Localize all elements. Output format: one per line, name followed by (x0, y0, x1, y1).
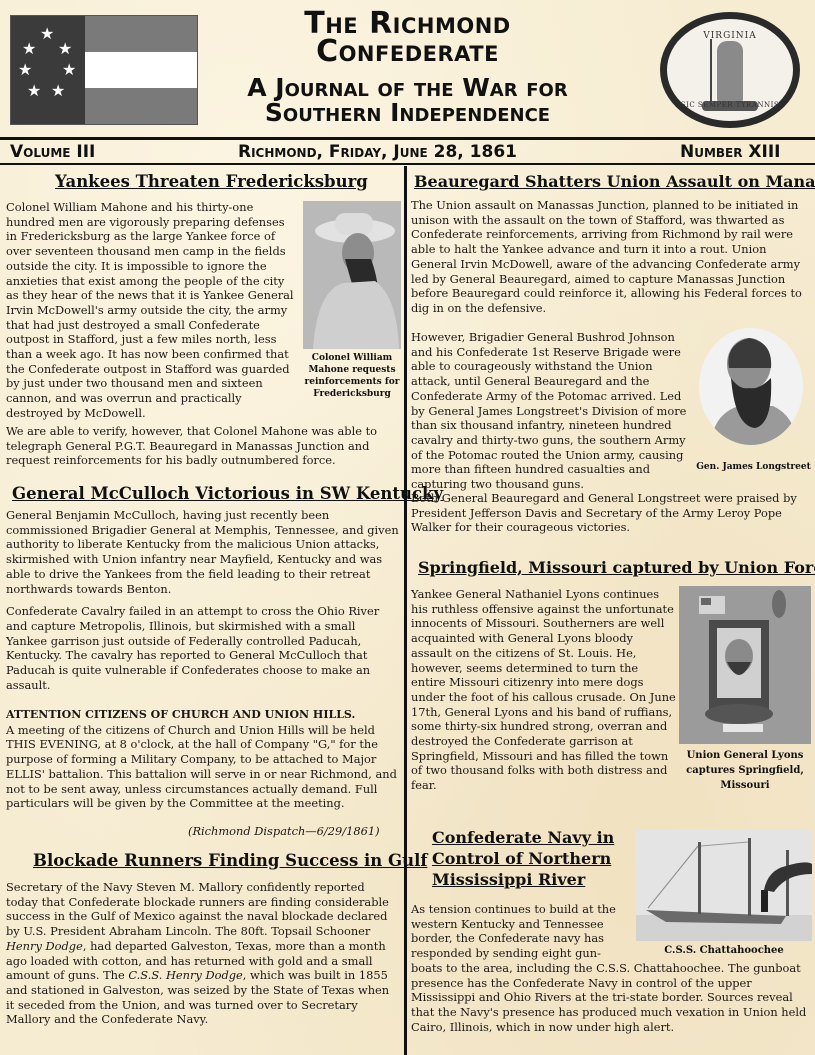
article-fredericksburg-body-wrapped: Colonel William Mahone and his thirty-on… (6, 200, 298, 421)
star-icon: ★ (58, 41, 72, 57)
caption-lyons: Union General Lyons captures Springfield… (679, 748, 811, 793)
top-rule (0, 137, 815, 140)
notice-body: A meeting of the citizens of Church and … (6, 723, 400, 811)
column-divider (404, 166, 407, 1055)
article-mcculloch-body: General Benjamin McCulloch, having just … (6, 508, 400, 692)
star-icon: ★ (40, 26, 54, 42)
star-icon: ★ (18, 62, 32, 78)
notice-church-union-hills: ATTENTION CITIZENS OF CHURCH AND UNION H… (6, 708, 400, 811)
star-icon: ★ (22, 41, 36, 57)
star-icon: ★ (27, 83, 41, 99)
virtus-figure (717, 41, 743, 103)
ship-name: Henry Dodge (6, 939, 83, 953)
article-springfield-body: Yankee General Nathaniel Lyons continues… (411, 587, 676, 793)
caption-mahone: Colonel William Mahone requests reinforc… (300, 352, 404, 400)
portrait-icon (303, 201, 401, 349)
notice-heading: ATTENTION CITIZENS OF CHURCH AND UNION H… (6, 708, 400, 723)
flag-white-bar (85, 52, 197, 88)
headline-mcculloch: General McCulloch Victorious in SW Kentu… (12, 484, 443, 503)
headline-springfield: Springfield, Missouri captured by Union … (418, 558, 815, 577)
confederate-flag-icon: ★ ★ ★ ★ ★ ★ ★ (10, 15, 198, 125)
article-manassas-body-wrapped: However, Brigadier General Bushrod Johns… (411, 330, 689, 492)
star-icon: ★ (62, 62, 76, 78)
ship-icon (636, 830, 812, 941)
seal-text-top: VIRGINIA (667, 31, 793, 41)
volume-label: Volume III (10, 142, 95, 164)
subtitle-line-1: A Journal of the War for (205, 75, 610, 100)
chattahoochee-ship-image (636, 830, 812, 941)
caption-chattahoochee: C.S.S. Chattahoochee (636, 945, 812, 957)
article-manassas-body-top: The Union assault on Manassas Junction, … (411, 198, 811, 316)
paragraph: General Benjamin McCulloch, having just … (6, 508, 400, 596)
seal-motto: SIC SEMPER TYRANNIS (667, 101, 793, 109)
newspaper-title: The Richmond Confederate (205, 10, 610, 66)
longstreet-portrait-image (699, 328, 803, 445)
ship-full-name: C.S.S. Henry Dodge (128, 968, 242, 982)
mahone-portrait-image (303, 201, 401, 349)
headline-fredericksburg: Yankees Threaten Fredericksburg (55, 172, 368, 191)
subtitle-line-2: Southern Independence (205, 100, 610, 125)
star-icon: ★ (51, 83, 65, 99)
illustration-icon (679, 586, 811, 744)
article-blockade-body: Secretary of the Navy Steven M. Mallory … (6, 880, 400, 1027)
headline-blockade: Blockade Runners Finding Success in Gulf (33, 851, 427, 870)
title-line-2: Confederate (205, 38, 610, 66)
lyons-illustration-image (679, 586, 811, 744)
issue-date: Richmond, Friday, June 28, 1861 (238, 142, 517, 164)
article-fredericksburg-body-full: We are able to verify, however, that Col… (6, 424, 400, 468)
headline-manassas: Beauregard Shatters Union Assault on Man… (414, 172, 815, 191)
portrait-icon (699, 328, 803, 445)
dateline-rule (0, 163, 815, 165)
headline-navy: Confederate Navy in Control of Northern … (432, 827, 614, 890)
paragraph: Confederate Cavalry failed in an attempt… (6, 604, 400, 692)
article-navy-body-wrapped: As tension continues to build at the wes… (411, 902, 631, 961)
newspaper-subtitle: A Journal of the War for Southern Indepe… (205, 75, 610, 125)
caption-longstreet: Gen. James Longstreet (696, 461, 811, 473)
issue-number: Number XIII (680, 142, 781, 164)
spear-shape (710, 39, 712, 107)
article-navy-body-full: boats to the area, including the C.S.S. … (411, 961, 811, 1035)
virginia-seal-icon: VIRGINIA SIC SEMPER TYRANNIS (660, 12, 800, 128)
article-manassas-body-end: Both General Beauregard and General Long… (411, 491, 811, 535)
notice-source: (Richmond Dispatch—6/29/1861) (188, 824, 380, 839)
